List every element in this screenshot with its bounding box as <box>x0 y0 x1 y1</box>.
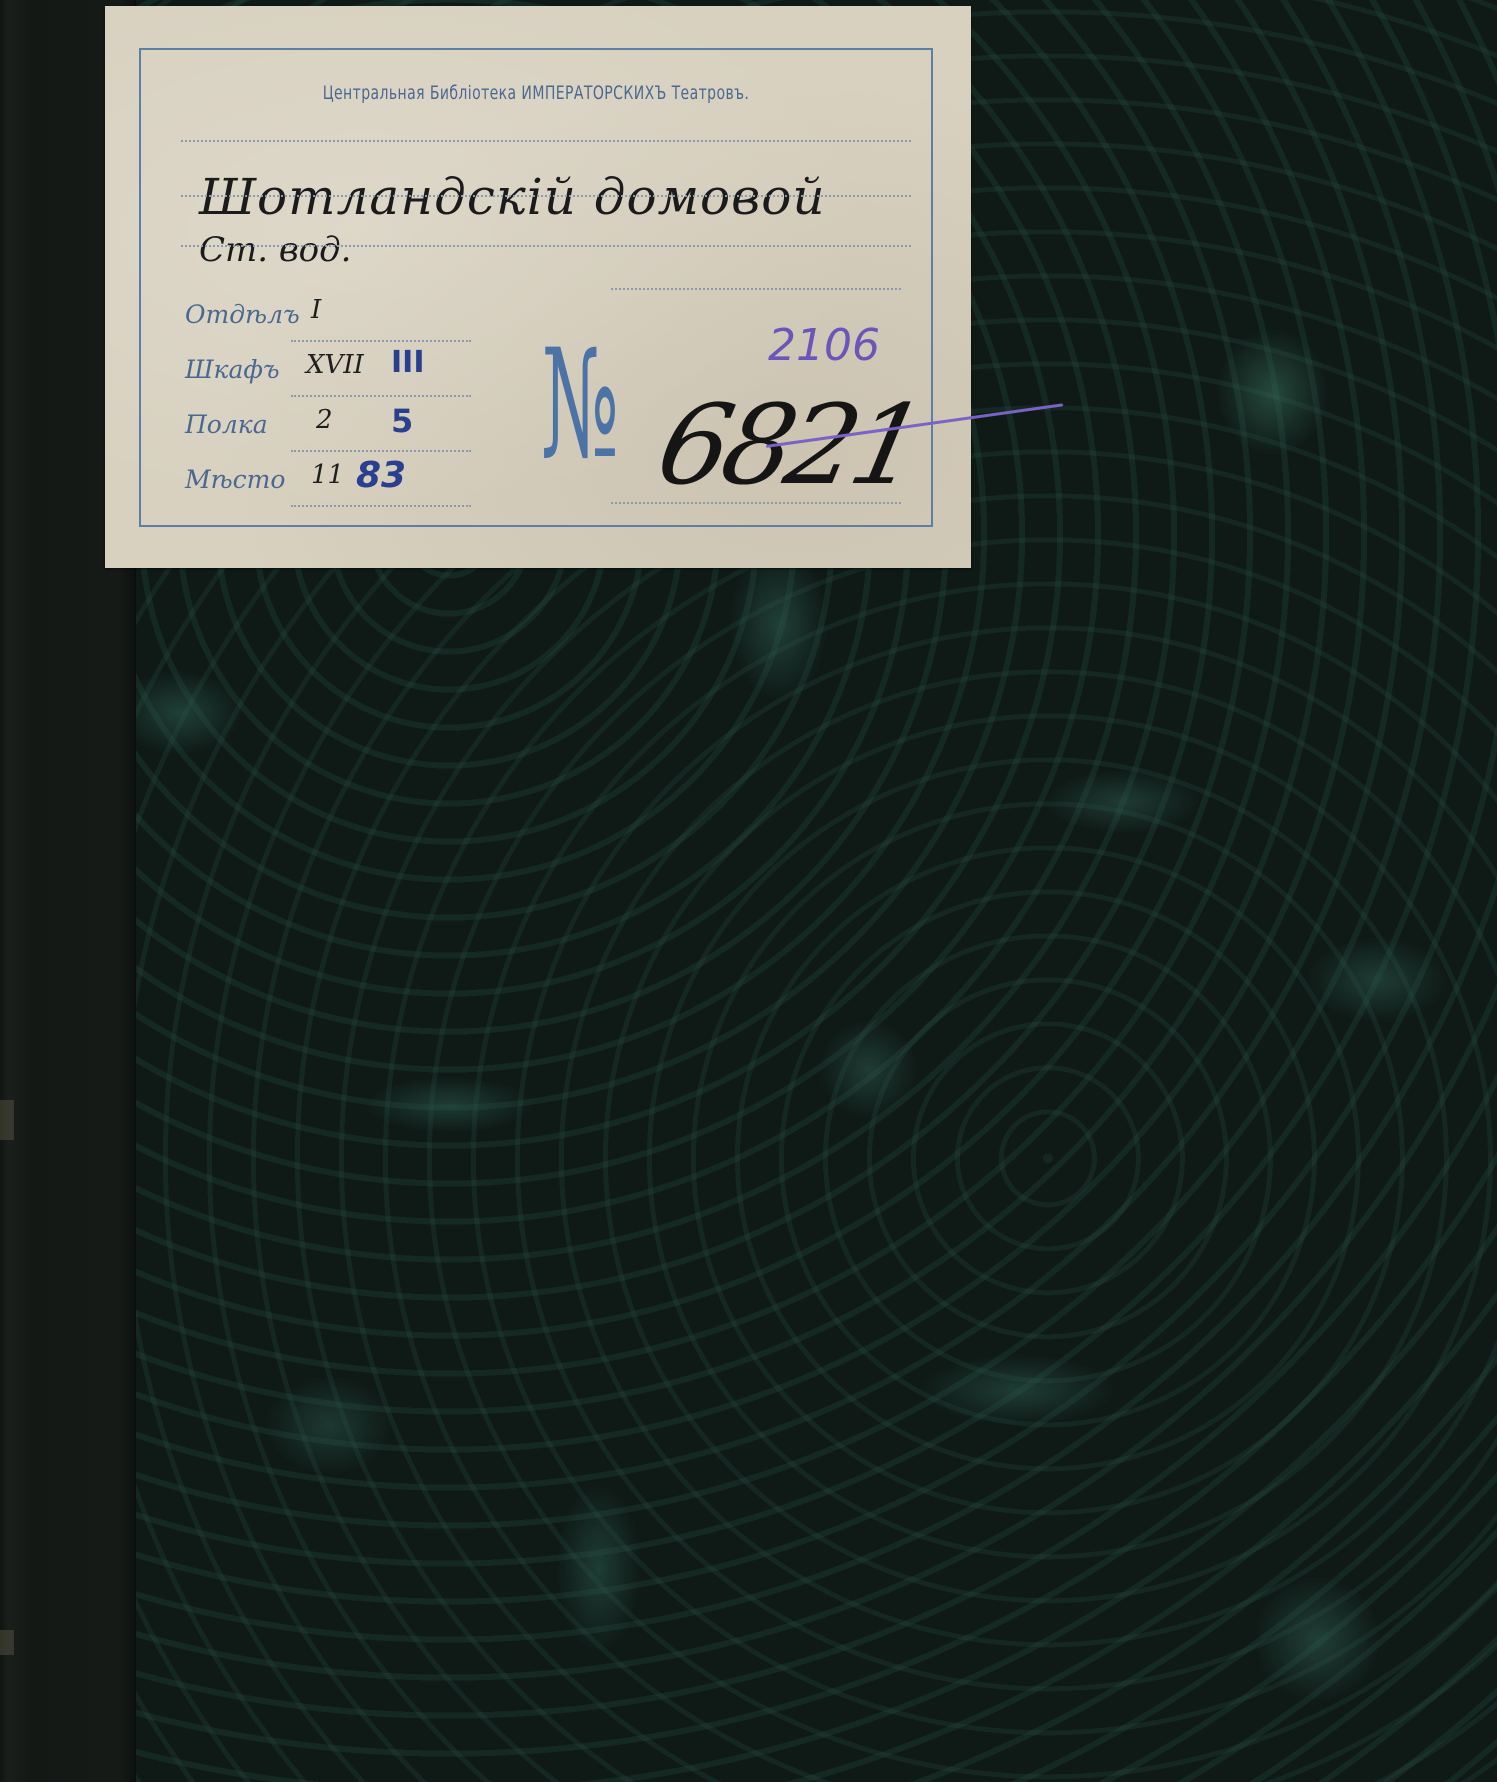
library-label: Центральная Библіотека ИМПЕРАТОРСКИХЪ Те… <box>105 6 971 568</box>
dotted-rule <box>181 245 911 247</box>
inventory-number-old: 6821 <box>649 390 928 500</box>
dotted-rule <box>291 505 471 507</box>
field-label-shelf: Полка <box>185 410 268 439</box>
inventory-number-new: 2106 <box>768 320 880 371</box>
dotted-rule <box>291 395 471 397</box>
dotted-rule <box>611 502 901 504</box>
number-sign: № <box>541 330 619 480</box>
field-extra-place: 83 <box>356 455 406 496</box>
book-subtitle: Ст. вод. <box>199 230 352 270</box>
field-label-place: Мѣсто <box>185 465 285 494</box>
spine-wear-mark <box>0 1100 14 1140</box>
field-label-cabinet: Шкафъ <box>185 355 280 384</box>
dotted-rule <box>181 195 911 197</box>
library-name: Центральная Библіотека ИМПЕРАТОРСКИХЪ Те… <box>212 82 860 104</box>
book-title: Шотландскій домовой <box>199 168 826 226</box>
dotted-rule <box>611 288 901 290</box>
field-value-cabinet: XVII <box>306 350 364 380</box>
field-extra-cabinet: III <box>391 345 425 380</box>
field-value-place: 11 <box>311 460 344 490</box>
field-label-department: Отдѣлъ <box>185 300 300 329</box>
field-value-shelf: 2 <box>316 405 333 435</box>
label-frame: Центральная Библіотека ИМПЕРАТОРСКИХЪ Те… <box>139 48 933 527</box>
spine-wear-mark <box>0 1630 14 1655</box>
dotted-rule <box>291 340 471 342</box>
dotted-rule <box>291 450 471 452</box>
field-value-department: I <box>311 295 321 325</box>
dotted-rule <box>181 140 911 142</box>
field-extra-shelf: 5 <box>391 402 413 440</box>
